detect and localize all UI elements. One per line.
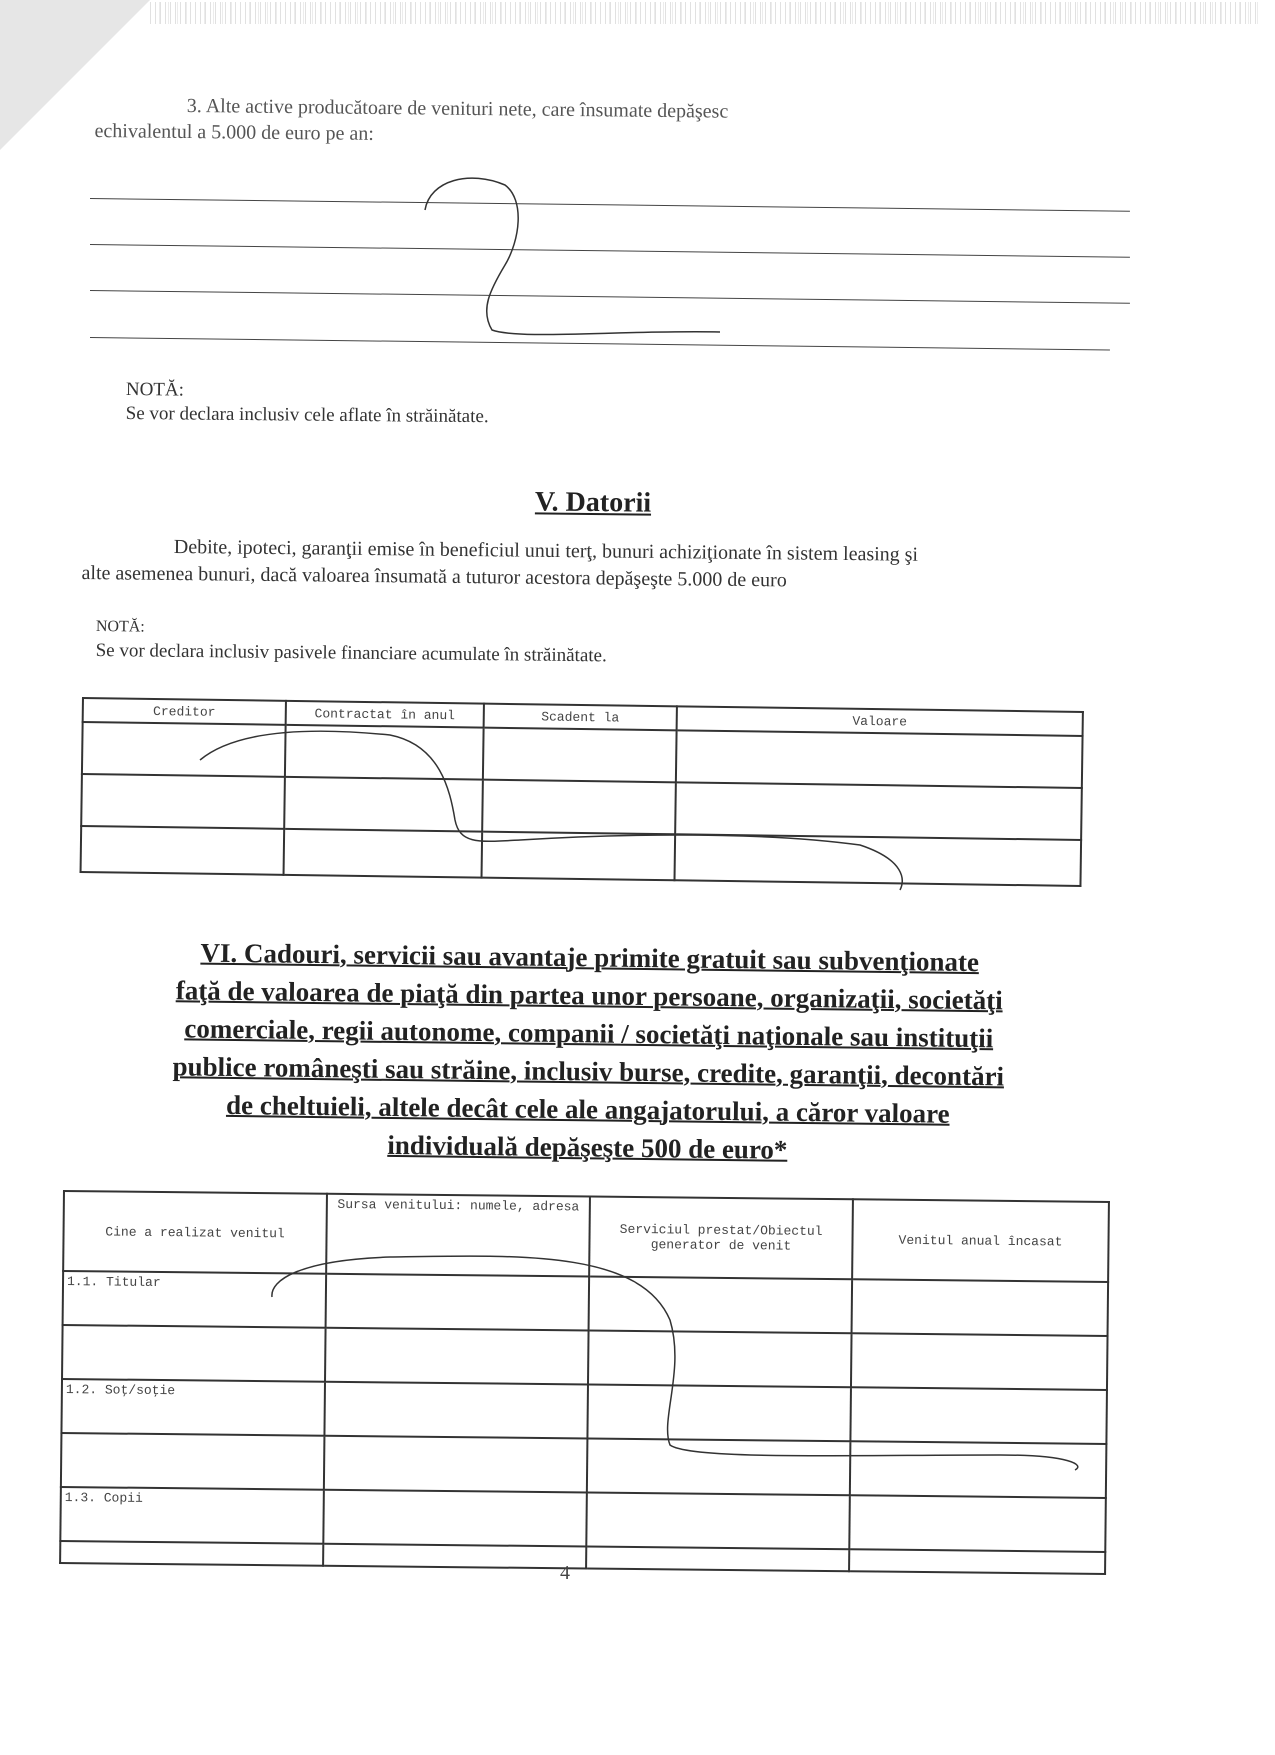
debts-table: Creditor Contractat în anul Scadent la V… [80,697,1084,887]
cell-source[interactable] [323,1490,587,1547]
cell-creditor[interactable] [82,722,286,777]
cell-who[interactable] [60,1541,323,1566]
cell-due-date[interactable] [483,728,677,783]
note-text: Se vor declara inclusiv cele aflate în s… [126,402,489,429]
cell-contracted-year[interactable] [285,725,484,780]
cell-due-date[interactable] [482,832,676,881]
cell-service[interactable] [586,1546,849,1571]
cell-income[interactable] [850,1441,1107,1498]
cell-value[interactable] [676,730,1083,788]
gifts-table: Cine a realizat venitul Sursa venitului:… [59,1190,1110,1575]
header-creditor: Creditor [83,698,286,725]
item-3-line-2: echivalentul a 5.000 de euro pe an: [94,120,374,145]
heading-line: de cheltuieli, altele decât cele ale ang… [226,1090,950,1129]
cell-service[interactable] [586,1493,850,1550]
heading-line: publice româneşti sau străine, inclusiv … [172,1051,1004,1091]
heading-line: comerciale, regii autonome, companii / s… [184,1013,993,1053]
section-v-heading: V. Datorii [535,486,651,519]
cell-service[interactable] [587,1385,851,1442]
cell-creditor[interactable] [81,774,285,829]
cell-income[interactable] [850,1387,1107,1444]
note-2: NOTĂ: Se vor declara inclusiv pasivele f… [95,615,607,668]
cell-who: 1.1. Titular [63,1271,327,1328]
cell-who[interactable] [62,1325,326,1382]
cell-source[interactable] [324,1436,588,1493]
cell-service[interactable] [587,1439,851,1496]
heading-line: individuală depăşeşte 500 de euro* [387,1130,787,1165]
cell-value[interactable] [675,782,1082,840]
cell-source[interactable] [324,1382,588,1439]
cell-value[interactable] [674,834,1081,886]
header-who-earned: Cine a realizat venitul [63,1191,327,1274]
header-annual-income: Venitul anual încasat [852,1199,1109,1282]
section-vi-heading: VI. Cadouri, servicii sau avantaje primi… [67,932,1110,1173]
note-1: NOTĂ: Se vor declara inclusiv cele aflat… [126,378,489,429]
heading-line: VI. Cadouri, servicii sau avantaje primi… [200,938,979,978]
fill-line[interactable] [90,244,1130,258]
cell-due-date[interactable] [482,780,676,835]
header-service-object: Serviciul prestat/Obiectul generator de … [589,1197,853,1280]
cell-service[interactable] [588,1331,852,1388]
cell-contracted-year[interactable] [284,777,483,832]
cell-income[interactable] [849,1495,1106,1552]
heading-line: faţă de valoarea de piaţă din partea uno… [176,975,1003,1015]
table-header-row: Cine a realizat venitul Sursa venitului:… [63,1191,1109,1282]
cell-creditor[interactable] [81,826,285,875]
cell-source[interactable] [326,1274,590,1331]
cell-income[interactable] [852,1279,1109,1336]
cell-service[interactable] [589,1277,853,1334]
scan-noise-band [150,2,1260,24]
section-v-paragraph: Debite, ipoteci, garanţii emise în benef… [81,533,1122,598]
cell-source[interactable] [325,1328,589,1385]
cell-source[interactable] [323,1544,586,1569]
fill-line[interactable] [90,337,1110,350]
cell-who: 1.2. Soţ/soţie [61,1379,325,1436]
header-contracted-year: Contractat în anul [286,701,484,728]
cell-contracted-year[interactable] [284,829,483,878]
cell-who[interactable] [61,1433,325,1490]
cell-income[interactable] [851,1333,1108,1390]
section-iv-item-3: 3. Alte active producătoare de venituri … [94,92,1044,154]
header-income-source: Sursa venitului: numele, adresa [326,1194,590,1277]
cell-income[interactable] [849,1549,1105,1574]
note-text: Se vor declara inclusiv pasivele financi… [95,639,606,668]
note-label: NOTĂ: [126,378,489,405]
fill-line[interactable] [90,290,1130,304]
cell-who: 1.3. Copii [60,1487,324,1544]
page-number: 4 [560,1562,570,1585]
fill-line[interactable] [90,198,1130,212]
header-due-date: Scadent la [484,704,677,731]
